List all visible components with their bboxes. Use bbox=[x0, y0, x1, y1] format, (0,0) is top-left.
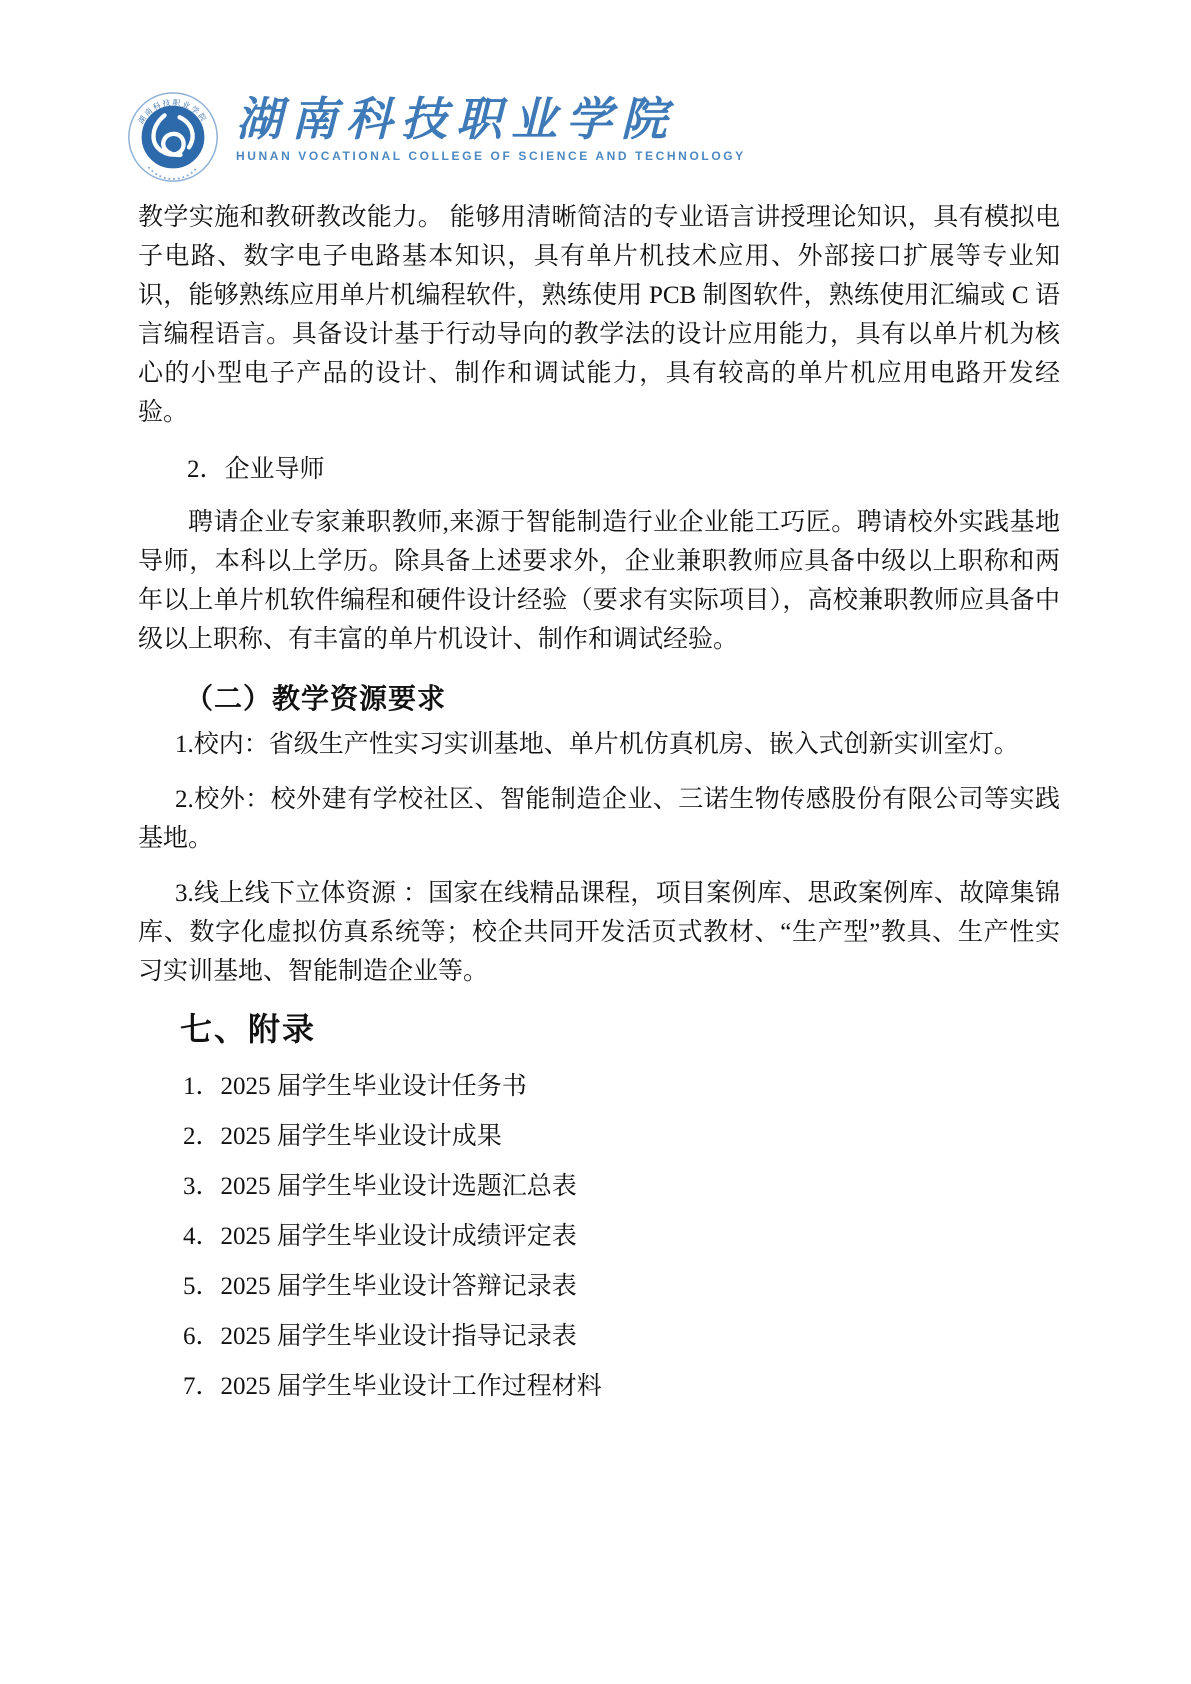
appendix-item: 2．2025 届学生毕业设计成果 bbox=[138, 1123, 1060, 1151]
college-name-block: 湖南科技职业学院 HUNAN VOCATIONAL COLLEGE OF SCI… bbox=[236, 90, 746, 163]
college-name-chinese: 湖南科技职业学院 bbox=[236, 94, 746, 145]
appendix-item: 6．2025 届学生毕业设计指导记录表 bbox=[138, 1323, 1060, 1351]
appendix-item: 4．2025 届学生毕业设计成绩评定表 bbox=[138, 1223, 1060, 1251]
document-body: 教学实施和教研教改能力。 能够用清晰简洁的专业语言讲授理论知识，具有模拟电子电路… bbox=[138, 198, 1060, 1401]
appendix-list: 1．2025 届学生毕业设计任务书2．2025 届学生毕业设计成果3．2025 … bbox=[138, 1073, 1060, 1401]
heading-appendix: 七、附录 bbox=[138, 1007, 1060, 1051]
heading-enterprise-mentor: 2．企业导师 bbox=[138, 450, 1060, 489]
college-logo: 湖南科技职业学院 湖南科技职业学院 HUNAN VOCATIONAL COLLE… bbox=[126, 90, 1060, 188]
appendix-item: 1．2025 届学生毕业设计任务书 bbox=[138, 1073, 1060, 1101]
resource-item: 2.校外：校外建有学校社区、智能制造企业、三诺生物传感股份有限公司等实践基地。 bbox=[138, 780, 1060, 858]
paragraph-teacher-ability: 教学实施和教研教改能力。 能够用清晰简洁的专业语言讲授理论知识，具有模拟电子电路… bbox=[138, 198, 1060, 432]
college-seal-icon: 湖南科技职业学院 bbox=[126, 90, 220, 184]
college-name-english: HUNAN VOCATIONAL COLLEGE OF SCIENCE AND … bbox=[236, 149, 746, 163]
heading-teaching-resources: （二）教学资源要求 bbox=[138, 679, 1060, 719]
appendix-item: 5．2025 届学生毕业设计答辩记录表 bbox=[138, 1273, 1060, 1301]
document-page: 湖南科技职业学院 湖南科技职业学院 HUNAN VOCATIONAL COLLE… bbox=[0, 0, 1191, 1684]
paragraph-enterprise-mentor: 聘请企业专家兼职教师,来源于智能制造行业企业能工巧匠。聘请校外实践基地导师，本科… bbox=[138, 503, 1060, 659]
resource-list: 1.校内：省级生产性实习实训基地、单片机仿真机房、嵌入式创新实训室灯。2.校外：… bbox=[138, 725, 1060, 991]
resource-item: 3.线上线下立体资源 ：国家在线精品课程，项目案例库、思政案例库、故障集锦库、数… bbox=[138, 874, 1060, 991]
appendix-item: 3．2025 届学生毕业设计选题汇总表 bbox=[138, 1173, 1060, 1201]
resource-item: 1.校内：省级生产性实习实训基地、单片机仿真机房、嵌入式创新实训室灯。 bbox=[138, 725, 1060, 764]
appendix-item: 7．2025 届学生毕业设计工作过程材料 bbox=[138, 1373, 1060, 1401]
